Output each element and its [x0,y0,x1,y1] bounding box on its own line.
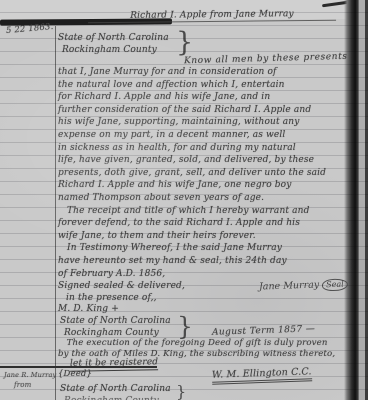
deed-line: his wife Jane, supporting, maintaining, … [58,116,350,129]
deed-line: of February A.D. 1856, [58,268,350,281]
next-entry-margin-name: Jane R. Murray [4,371,56,379]
venue-state: State of North Carolina [58,32,169,45]
margin-rule-line [55,26,56,400]
seal-mark: Seal [322,278,348,291]
entry-header-title: Richard I. Apple from Jane Murray [88,9,336,24]
next-entry-label: {Deed} [58,369,92,379]
next-entry-brace: } [176,382,186,400]
deed-line: in sickness as in health, for and during… [58,142,350,155]
deed-line: expense on my part, in a decent manner, … [58,129,350,142]
deed-line: named Thompson about seven years of age. [58,192,350,205]
signed-sealed-note: Signed sealed & delivered, [58,280,185,293]
probate-line: The execution of the foregoing Deed of g… [58,338,354,349]
deed-line: for Richard I. Apple and his wife Jane, … [58,91,350,104]
deed-line: the natural love and affection which I, … [58,79,350,92]
clerk-signature: W. M. Ellington C.C. [212,366,312,384]
probate-brace: } [177,314,193,339]
next-entry-partial-line: Rockingham County [64,395,159,400]
venue-brace: } [176,29,193,56]
signature-row: Signed sealed & delivered, Jane MurraySe… [58,280,348,293]
probate-state: State of North Carolina [60,315,171,328]
venue-county: Rockingham County [62,44,157,57]
signer-name: Jane Murray [259,279,320,292]
deed-line: Richard I. Apple and his wife Jane, one … [58,179,350,192]
probate-term: August Term 1857 — [212,323,316,339]
deed-body-text: that I, Jane Murray for and in considera… [58,66,350,280]
deed-line: In Testimony Whereof, I the said Jane Mu… [58,242,350,255]
witness-signature: M. D. King + [58,303,119,316]
deed-book-page-scan: Richard I. Apple from Jane Murray 5 22 1… [0,0,368,400]
deed-line: have hereunto set my hand & seal, this 2… [58,255,350,268]
deed-line: that I, Jane Murray for and in considera… [58,66,350,79]
signer-signature: Jane MurraySeal [259,278,348,293]
deed-line: The receipt and title of which I hereby … [58,205,350,218]
deed-line: wife Jane, to them and their heirs forev… [58,230,350,243]
deed-line: further consideration of the said Richar… [58,104,350,117]
next-entry-state: State of North Carolina [60,383,171,396]
deed-line: presents, doth give, grant, sell, and de… [58,167,350,180]
deed-line: life, have given, granted, sold, and del… [58,154,350,167]
deed-line: forever defend, to the said Richard I. A… [58,217,350,230]
next-entry-margin-from: from [14,381,31,389]
